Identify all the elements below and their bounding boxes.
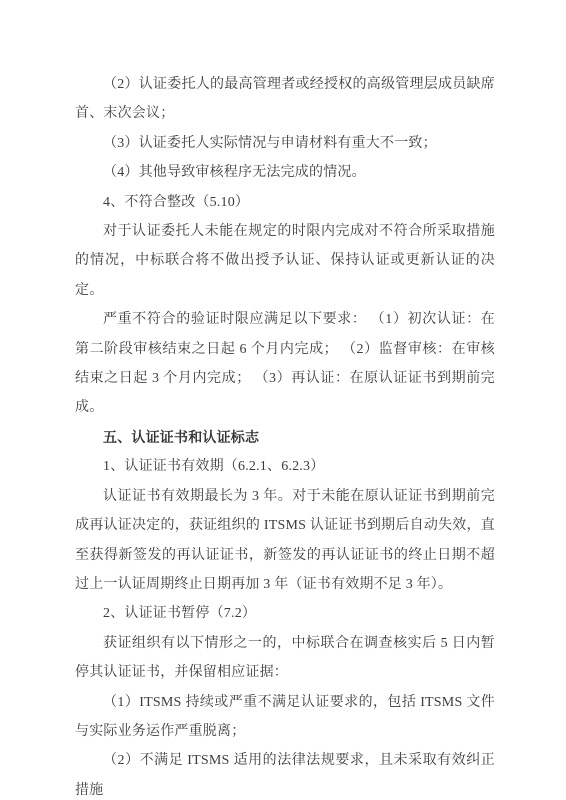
clause-audit-abort-item-3: （3）认证委托人实际情况与申请材料有重大不一致； [75, 129, 495, 158]
para-suspension-intro: 获证组织有以下情形之一的，中标联合在调查核实后 5 日内暂停其认证证书，并保留相… [75, 629, 495, 688]
clause-audit-abort-item-2: （2）认证委托人的最高管理者或经授权的高级管理层成员缺席首、末次会议； [75, 70, 495, 129]
subsection-title-certificate-suspension: 2、认证证书暂停（7.2） [75, 599, 495, 628]
clause-suspension-item-1: （1）ITSMS 持续或严重不满足认证要求的，包括 ITSMS 文件与实际业务运… [75, 688, 495, 747]
subsection-title-nonconformity-correction: 4、不符合整改（5.10） [75, 188, 495, 217]
para-certificate-validity: 认证证书有效期最长为 3 年。对于未能在原认证证书到期前完成再认证决定的，获证组… [75, 482, 495, 600]
clause-suspension-item-2: （2）不满足 ITSMS 适用的法律法规要求，且未采取有效纠正措施 [75, 746, 495, 800]
para-severe-nonconformity-deadlines: 严重不符合的验证时限应满足以下要求： （1）初次认证：在第二阶段审核结束之日起 … [75, 305, 495, 423]
document-page: （2）认证委托人的最高管理者或经授权的高级管理层成员缺席首、末次会议；（3）认证… [0, 0, 566, 800]
clause-audit-abort-item-4: （4）其他导致审核程序无法完成的情况。 [75, 158, 495, 187]
subsection-title-certificate-validity: 1、认证证书有效期（6.2.1、6.2.3） [75, 452, 495, 481]
document-body: （2）认证委托人的最高管理者或经授权的高级管理层成员缺席首、末次会议；（3）认证… [75, 70, 495, 800]
section-title-certificate-and-mark: 五、认证证书和认证标志 [75, 423, 495, 452]
para-nonconformity-decision: 对于认证委托人未能在规定的时限内完成对不符合所采取措施的情况，中标联合将不做出授… [75, 217, 495, 305]
